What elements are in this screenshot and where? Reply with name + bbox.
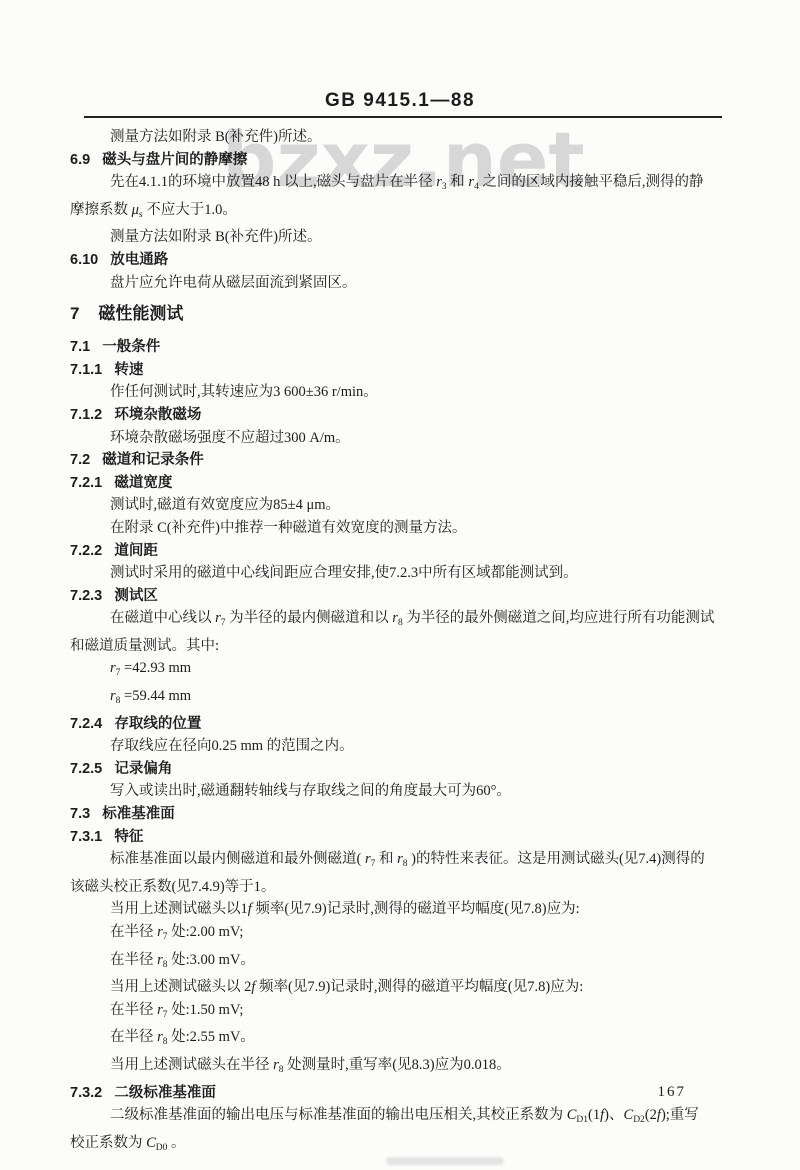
text-line: 存取线应在径向0.25 mm 的范围之内。 bbox=[70, 735, 730, 758]
section-heading: 7.2.1 磁道宽度 bbox=[70, 472, 730, 495]
section-heading: 7.3.2 二级标准基准面 bbox=[70, 1082, 730, 1105]
text-line: 标准基准面以最内侧磁道和最外侧磁道( r7 和 r8 )的特性来表征。这是用测试… bbox=[70, 848, 730, 876]
section-heading: 6.10 放电通路 bbox=[70, 249, 730, 272]
text-line: 在半径 r8 处:2.55 mV。 bbox=[70, 1026, 730, 1054]
text-line: 在半径 r7 处:1.50 mV; bbox=[70, 999, 730, 1027]
text-line: 校正系数为 CD0 。 bbox=[70, 1132, 730, 1160]
text-line: 当用上述测试磁头在半径 r8 处测量时,重写率(见8.3)应为0.018。 bbox=[70, 1054, 730, 1082]
section-heading: 7.1.2 环境杂散磁场 bbox=[70, 404, 730, 427]
text-line: 二级标准基准面的输出电压与标准基准面的输出电压相关,其校正系数为 CD1(1f)… bbox=[70, 1104, 730, 1132]
standard-number-header: GB 9415.1—88 bbox=[0, 90, 800, 112]
text-line: r8 =59.44 mm bbox=[70, 685, 730, 713]
text-line: r7 =42.93 mm bbox=[70, 657, 730, 685]
section-heading: 6.9 磁头与盘片间的静摩擦 bbox=[70, 149, 730, 172]
section-heading: 7.2.4 存取线的位置 bbox=[70, 713, 730, 736]
text-line: 环境杂散磁场强度不应超过300 A/m。 bbox=[70, 427, 730, 450]
text-line: 测试时采用的磁道中心线间距应合理安排,使7.2.3中所有区域都能测试到。 bbox=[70, 562, 730, 585]
page-body: 测量方法如附录 B(补充件)所述。6.9 磁头与盘片间的静摩擦先在4.1.1的环… bbox=[70, 126, 730, 1159]
section-heading: 7 磁性能测试 bbox=[70, 302, 730, 326]
text-line: 在半径 r7 处:2.00 mV; bbox=[70, 921, 730, 949]
header-rule bbox=[84, 116, 722, 118]
text-line: 盘片应允许电荷从磁层面流到紧固区。 bbox=[70, 272, 730, 295]
text-line: 测试时,磁道有效宽度应为85±4 μm。 bbox=[70, 494, 730, 517]
text-line: 测量方法如附录 B(补充件)所述。 bbox=[70, 226, 730, 249]
text-line: 在磁道中心线以 r7 为半径的最内侧磁道和以 r8 为半径的最外侧磁道之间,均应… bbox=[70, 607, 730, 635]
text-line: 当用上述测试磁头以1f 频率(见7.9)记录时,测得的磁道平均幅度(见7.8)应… bbox=[70, 898, 730, 921]
text-line: 摩擦系数 μs 不应大于1.0。 bbox=[70, 199, 730, 227]
section-heading: 7.2 磁道和记录条件 bbox=[70, 449, 730, 472]
text-line: 当用上述测试磁头以 2f 频率(见7.9)记录时,测得的磁道平均幅度(见7.8)… bbox=[70, 976, 730, 999]
section-heading: 7.3.1 特征 bbox=[70, 826, 730, 849]
text-line: 在附录 C(补充件)中推荐一种磁道有效宽度的测量方法。 bbox=[70, 517, 730, 540]
section-heading: 7.3 标准基准面 bbox=[70, 803, 730, 826]
text-line: 在半径 r8 处:3.00 mV。 bbox=[70, 949, 730, 977]
text-line: 和磁道质量测试。其中: bbox=[70, 635, 730, 658]
text-line: 作任何测试时,其转速应为3 600±36 r/min。 bbox=[70, 381, 730, 404]
page-number: 167 bbox=[658, 1084, 687, 1101]
text-line: 测量方法如附录 B(补充件)所述。 bbox=[70, 126, 730, 149]
section-heading: 7.2.5 记录偏角 bbox=[70, 758, 730, 781]
text-line: 先在4.1.1的环境中放置48 h 以上,磁头与盘片在半径 r3 和 r4 之间… bbox=[70, 171, 730, 199]
section-heading: 7.2.3 测试区 bbox=[70, 585, 730, 608]
section-heading: 7.2.2 道间距 bbox=[70, 540, 730, 563]
text-line: 该磁头校正系数(见7.4.9)等于1。 bbox=[70, 876, 730, 899]
section-heading: 7.1 一般条件 bbox=[70, 336, 730, 359]
document-page: bzxz.net GB 9415.1—88 测量方法如附录 B(补充件)所述。6… bbox=[0, 0, 800, 1170]
text-line: 写入或读出时,磁通翻转轴线与存取线之间的角度最大可为60°。 bbox=[70, 780, 730, 803]
section-heading: 7.1.1 转速 bbox=[70, 359, 730, 382]
